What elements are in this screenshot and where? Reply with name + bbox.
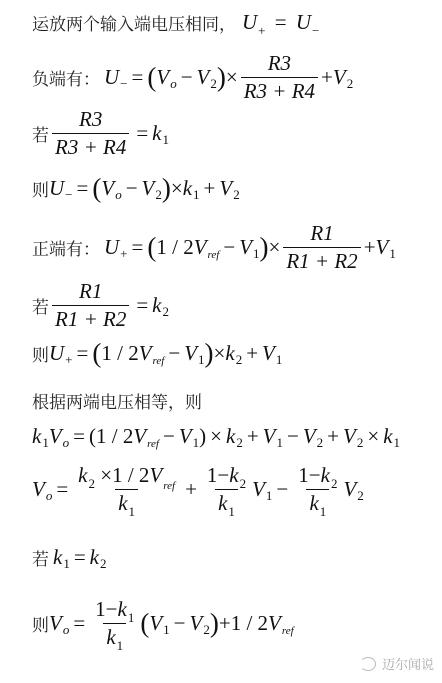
line-7: 则 U+ = ( 1 / 2 Vref − V1 ) × k2 + V1 — [32, 340, 282, 367]
line-2: 负端有： U− = ( Vo − V2 ) × R3 R3 + R4 + V2 — [32, 52, 353, 103]
text: 运放两个输入端电压相同， — [32, 10, 236, 35]
equation-k1-def: R3 R3 + R4 = k1 — [49, 108, 169, 159]
line-8: 根据两端电压相等，则 — [32, 388, 202, 413]
watermark-text: 迈尔闻说 — [382, 654, 434, 673]
line-1: 运放两个输入端电压相同， U+ = U− — [32, 10, 319, 35]
line-3: 若 R3 R3 + R4 = k1 — [32, 108, 169, 159]
text: 根据两端电压相等，则 — [32, 388, 202, 413]
text: 则 — [32, 176, 49, 201]
text: 若 — [32, 121, 49, 146]
text: 正端有： — [32, 235, 100, 260]
line-4: 则 U− = ( Vo − V2 ) × k1 + V2 — [32, 175, 240, 202]
line-6: 若 R1 R1 + R2 = k2 — [32, 280, 169, 331]
equation-u-plus-k2: U+ = ( 1 / 2 Vref − V1 ) × k2 + V1 — [49, 340, 282, 367]
text: 则 — [32, 611, 49, 636]
line-5: 正端有： U+ = ( 1 / 2 Vref − V1 ) × R1 R1 + … — [32, 222, 396, 273]
text: 则 — [32, 341, 49, 366]
line-12: 则 Vo = 1−k1 k1 ( V1 − V2 ) + 1 / 2 Vref — [32, 598, 294, 649]
equation-k2-def: R1 R1 + R2 = k2 — [49, 280, 169, 331]
line-11: 若 k1 = k2 — [32, 545, 107, 570]
wechat-icon — [360, 657, 376, 671]
equation-k1-vo: k1 Vo = ( 1 / 2 Vref − V1 ) × k2 + V1 − … — [32, 424, 400, 449]
equation-vo-general: Vo = k2 ×1 / 2Vref k1 + 1−k2 k1 V1 − 1−k… — [32, 464, 364, 515]
line-9: k1 Vo = ( 1 / 2 Vref − V1 ) × k2 + V1 − … — [32, 424, 400, 449]
text: 若 — [32, 545, 49, 570]
equation-vo-final: Vo = 1−k1 k1 ( V1 − V2 ) + 1 / 2 Vref — [49, 598, 294, 649]
line-10: Vo = k2 ×1 / 2Vref k1 + 1−k2 k1 V1 − 1−k… — [32, 464, 364, 515]
watermark: 迈尔闻说 — [360, 654, 434, 673]
equation-negative-terminal: U− = ( Vo − V2 ) × R3 R3 + R4 + V2 — [104, 52, 353, 103]
equation-positive-terminal: U+ = ( 1 / 2 Vref − V1 ) × R1 R1 + R2 + … — [104, 222, 396, 273]
text: 负端有： — [32, 65, 100, 90]
text: 若 — [32, 293, 49, 318]
equation-u-plus-eq-u-minus: U+ = U− — [242, 10, 319, 35]
equation-k1-eq-k2: k1 = k2 — [53, 545, 107, 570]
fraction: R3 R3 + R4 — [241, 52, 318, 103]
equation-u-minus-k1: U− = ( Vo − V2 ) × k1 + V2 — [49, 175, 240, 202]
